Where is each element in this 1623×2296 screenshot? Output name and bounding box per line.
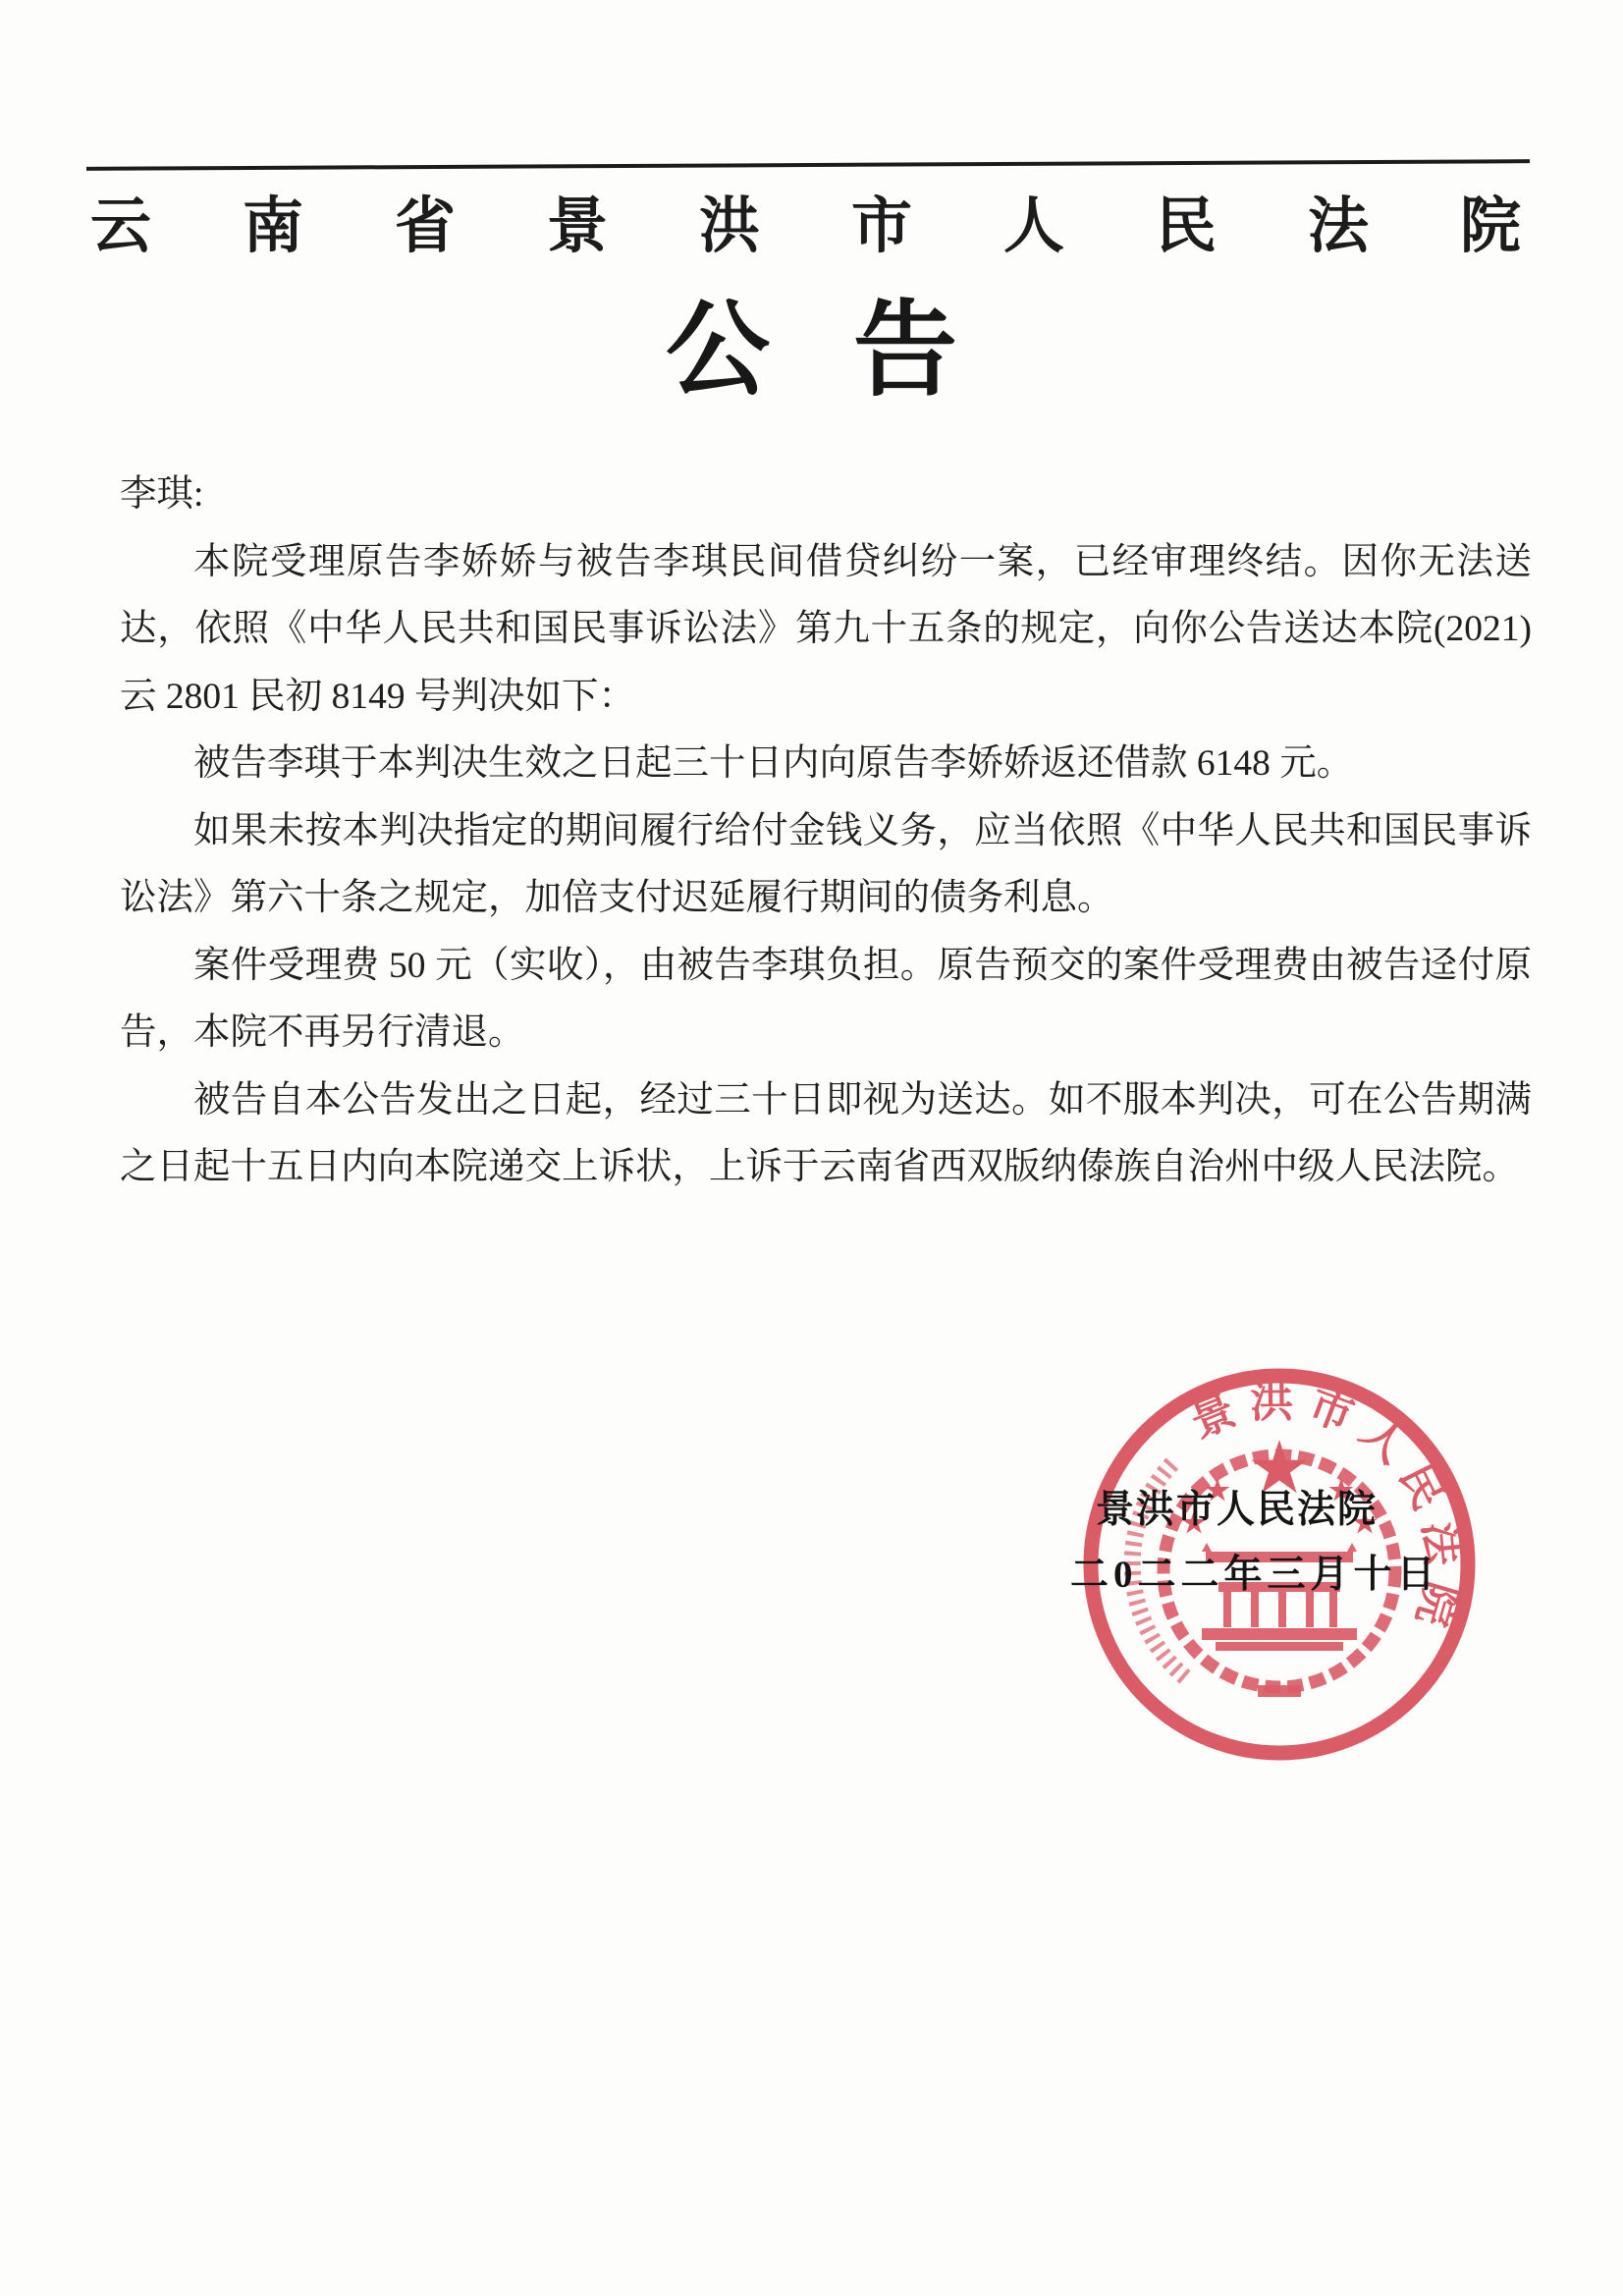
paragraph-judgment: 被告李琪于本判决生效之日起三十日内向原告李娇娇返还借款 6148 元。: [120, 731, 1532, 798]
paragraph-appeal-notice: 被告自本公告发出之日起，经过三十日即视为送达。如不服本判决，可在公告期满之日起十…: [120, 1067, 1532, 1202]
signature-date: 二0二二年三月十日: [1070, 1544, 1440, 1599]
paragraph-interest-clause: 如果未按本判决指定的期间履行给付金钱义务，应当依照《中华人民共和国民事诉讼法》第…: [120, 798, 1532, 933]
notice-title: 公告: [0, 267, 1623, 416]
paragraph-case-summary: 本院受理原告李娇娇与被告李琪民间借贷纠纷一案，已经审理终结。因你无法送达，依照《…: [120, 529, 1532, 732]
court-header-title: 云南省景洪市人民法院: [90, 177, 1612, 264]
court-announcement-page: 云南省景洪市人民法院 公告 李琪: 本院受理原告李娇娇与被告李琪民间借贷纠纷一案…: [0, 0, 1623, 2296]
salutation: 李琪:: [120, 462, 1532, 529]
wreath-ribbon: [1258, 1685, 1301, 1697]
gate-sub-base: [1216, 1642, 1343, 1651]
gate-base: [1202, 1628, 1357, 1640]
announcement-body: 李琪: 本院受理原告李娇娇与被告李琪民间借贷纠纷一案，已经审理终结。因你无法送达…: [120, 462, 1532, 1202]
signature-court-name: 景洪市人民法院: [1096, 1479, 1378, 1534]
notice-title-text: 公告: [666, 294, 1041, 409]
paragraph-court-fee: 案件受理费 50 元（实收），由被告李琪负担。原告预交的案件受理费由被告迳付原告…: [120, 933, 1532, 1067]
header-rule: [86, 159, 1530, 171]
